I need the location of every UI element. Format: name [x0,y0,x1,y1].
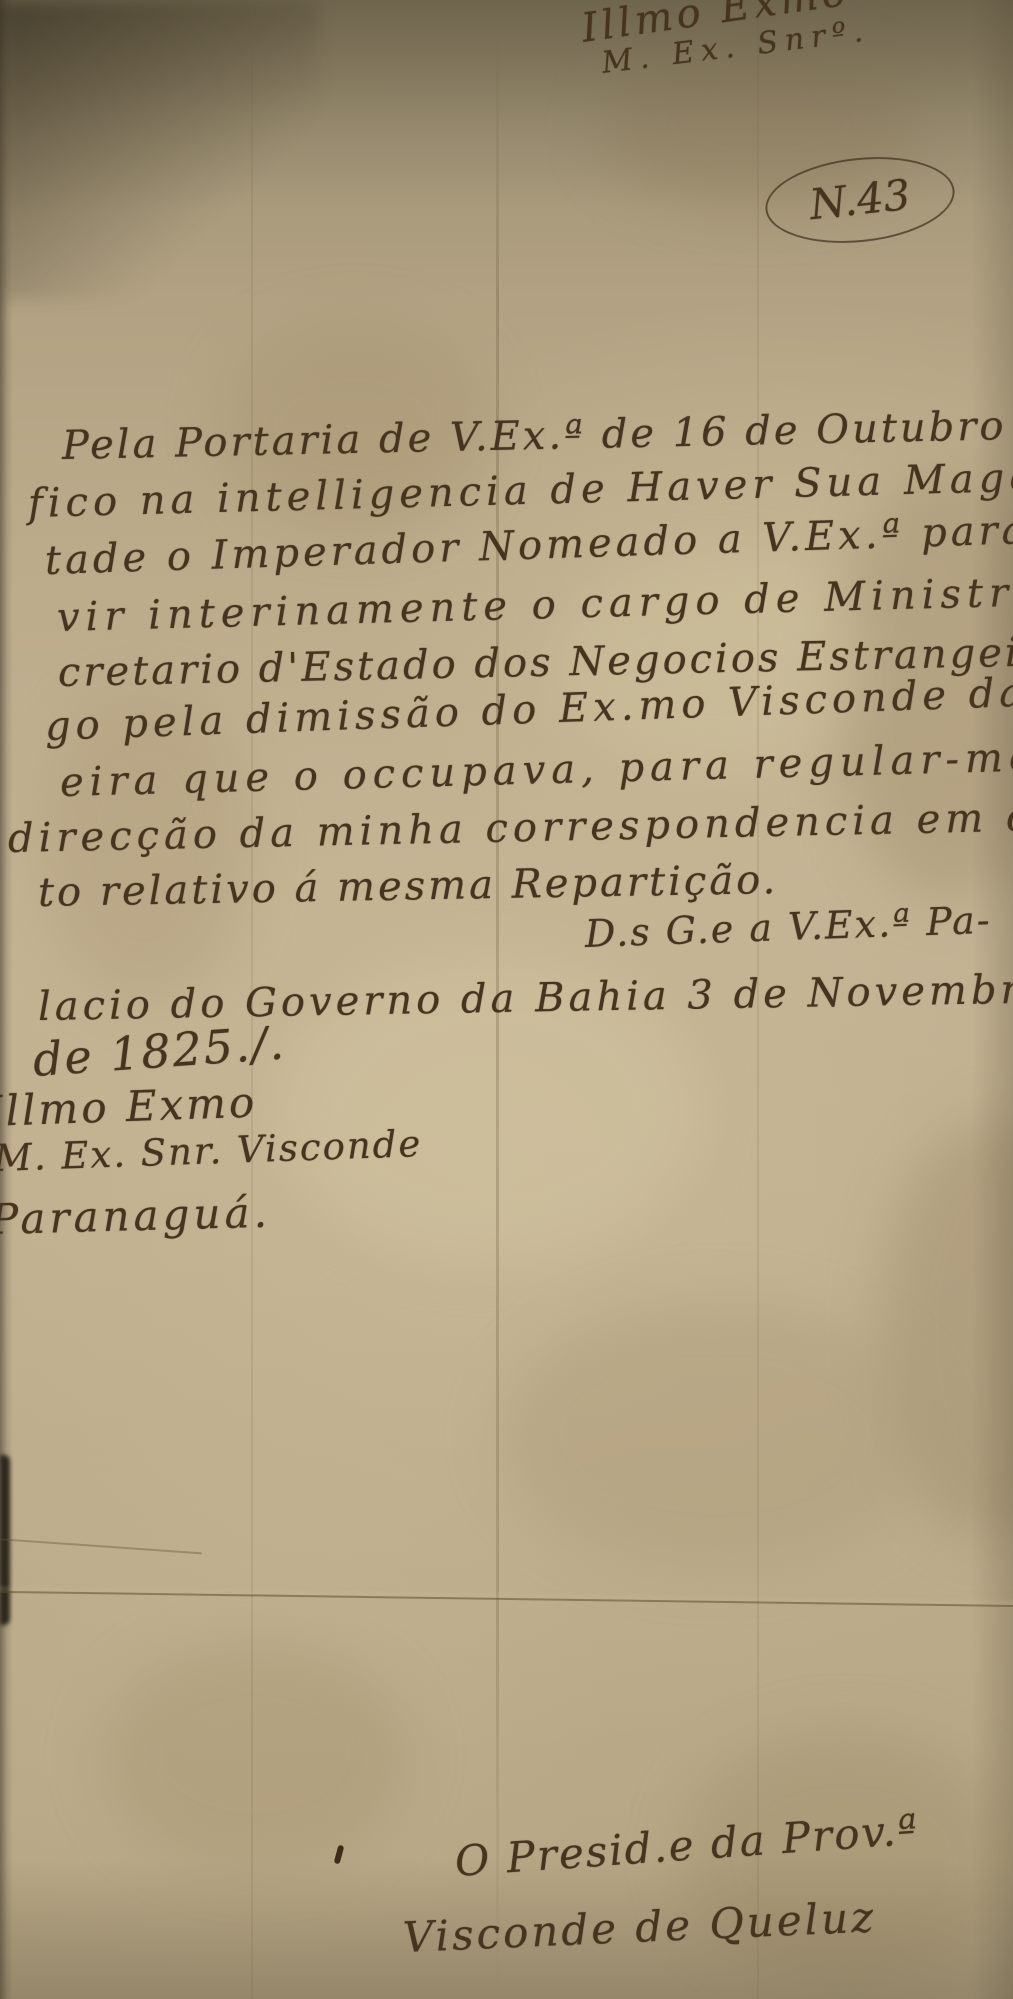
page-shadow-top-left [0,0,320,300]
dateline-place: lacio do Governo da Bahia 3 de Novembro [38,968,1013,1028]
manuscript-page: Illmo Exmo M. Ex. Snrº. N.43 Pela Portar… [0,0,1013,1999]
addressee-name: Paranaguá. [0,1191,271,1242]
fold-crease-diagonal [0,1538,202,1555]
body-line: direcção da minha correspondencia em obj… [8,794,1013,860]
body-line: Pela Portaria de V.Ex.ª de 16 de Outubro… [62,401,1013,467]
signature-title: O Presid.e da Prov.ª [453,1808,920,1884]
addressee-salutation: Illmo Exmo [0,1081,258,1135]
body-line: eira que o occupava, para regular-me na [59,734,1013,804]
body-line: to relativo á mesma Repartição. [38,859,779,914]
fold-crease-horizontal [0,1591,1013,1607]
paper-stain [880,1120,1013,1540]
paper-stain [100,1640,410,1870]
document-number: N.43 [808,173,913,227]
closing-deus-guarde: D.s G.e a V.Ex.ª Pa- [584,901,992,955]
paper-stain [500,1300,930,1570]
page-edge-left [0,0,13,1999]
document-number-oval: N.43 [761,148,959,251]
page-edge-left-dark [0,1455,10,1625]
ink-mark [334,1845,345,1865]
signature-name: Visconde de Queluz [402,1895,877,1960]
